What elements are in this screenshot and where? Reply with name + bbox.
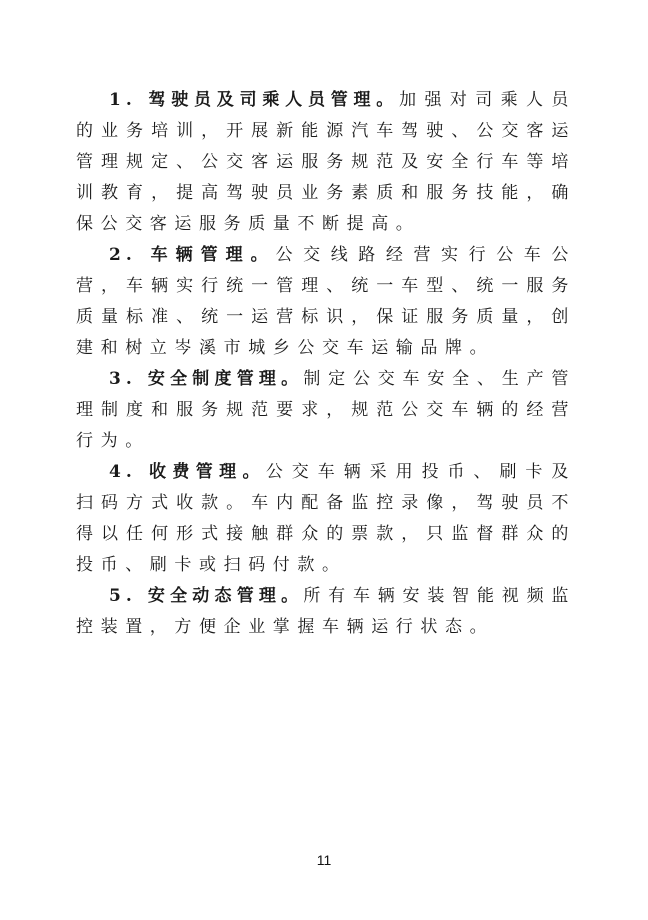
paragraph-driver-management: 1. 驾驶员及司乘人员管理。加强对司乘人员的业务培训，开展新能源汽车驾驶、公交客… xyxy=(76,85,576,240)
paragraph-vehicle-management: 2. 车辆管理。公交线路经营实行公车公营，车辆实行统一管理、统一车型、统一服务质… xyxy=(76,240,576,364)
paragraph-fee-management: 4. 收费管理。公交车辆采用投币、刷卡及扫码方式收款。车内配备监控录像，驾驶员不… xyxy=(76,457,576,581)
paragraph-safety-system-management: 3. 安全制度管理。制定公交车安全、生产管理制度和服务规范要求，规范公交车辆的经… xyxy=(76,364,576,457)
paragraph-safety-dynamic-management: 5. 安全动态管理。所有车辆安装智能视频监控装置，方便企业掌握车辆运行状态。 xyxy=(76,581,576,643)
paragraph-text: 加强对司乘人员的业务培训，开展新能源汽车驾驶、公交客运管理规定、公交客运服务规范… xyxy=(76,90,576,234)
document-body: 1. 驾驶员及司乘人员管理。加强对司乘人员的业务培训，开展新能源汽车驾驶、公交客… xyxy=(76,85,576,643)
paragraph-heading: 2. 车辆管理。 xyxy=(109,245,276,265)
paragraph-heading: 3. 安全制度管理。 xyxy=(109,369,303,389)
paragraph-heading: 4. 收费管理。 xyxy=(109,462,266,482)
paragraph-heading: 1. 驾驶员及司乘人员管理。 xyxy=(109,90,399,110)
page-number: 11 xyxy=(0,852,648,868)
paragraph-heading: 5. 安全动态管理。 xyxy=(109,586,303,606)
